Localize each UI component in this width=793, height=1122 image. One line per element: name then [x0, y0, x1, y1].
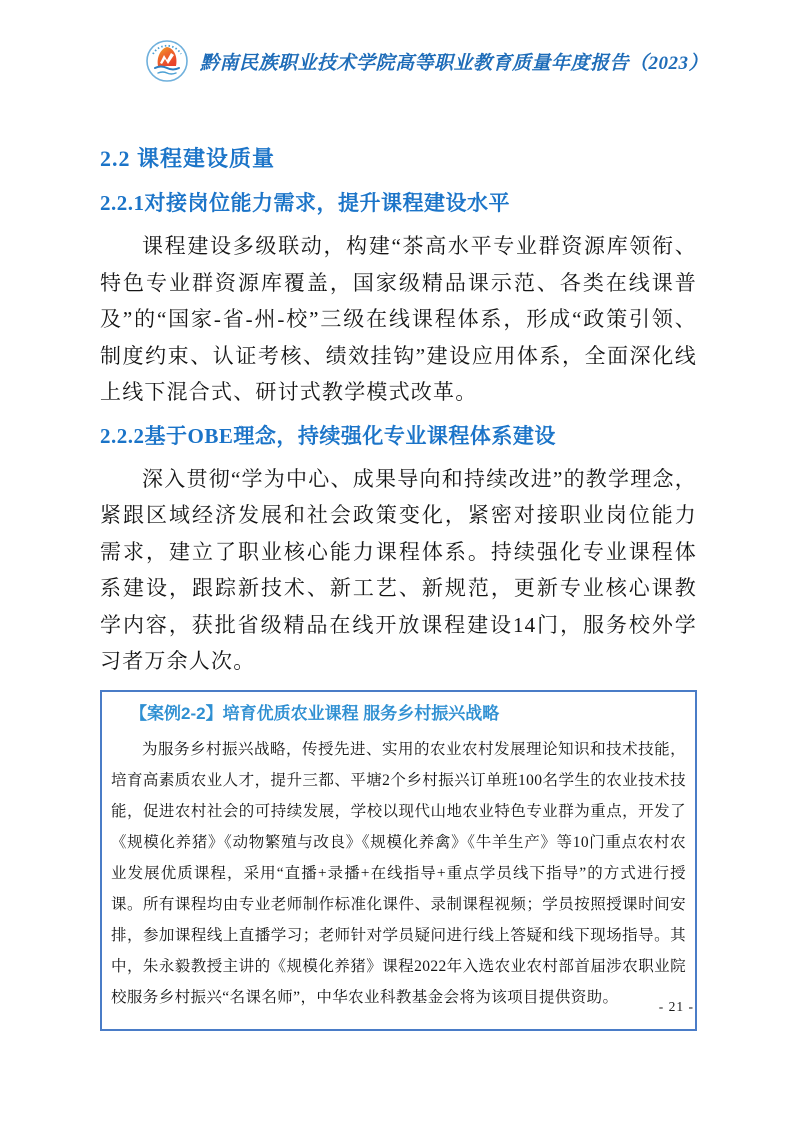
- case-study-box: 【案例2-2】培育优质农业课程 服务乡村振兴战略 为服务乡村振兴战略，传授先进、…: [100, 690, 697, 1031]
- paragraph-course-system: 课程建设多级联动，构建“茶高水平专业群资源库领衔、特色专业群资源库覆盖，国家级精…: [100, 228, 697, 411]
- page-number: - 21 -: [659, 999, 694, 1015]
- section-heading-2-2: 2.2 课程建设质量: [100, 146, 697, 172]
- paragraph-obe-concept: 深入贯彻“学为中心、成果导向和持续改进”的教学理念，紧跟区域经济发展和社会政策变…: [100, 461, 697, 680]
- case-study-body: 为服务乡村振兴战略，传授先进、实用的农业农村发展理论知识和技术技能，培育高素质农…: [111, 734, 686, 1013]
- subsection-heading-2-2-2: 2.2.2基于OBE理念，持续强化专业课程体系建设: [100, 424, 697, 449]
- document-body: 2.2 课程建设质量 2.2.1对接岗位能力需求，提升课程建设水平 课程建设多级…: [100, 0, 697, 1031]
- case-study-title: 【案例2-2】培育优质农业课程 服务乡村振兴战略: [111, 701, 686, 727]
- subsection-heading-2-2-1: 2.2.1对接岗位能力需求，提升课程建设水平: [100, 191, 697, 216]
